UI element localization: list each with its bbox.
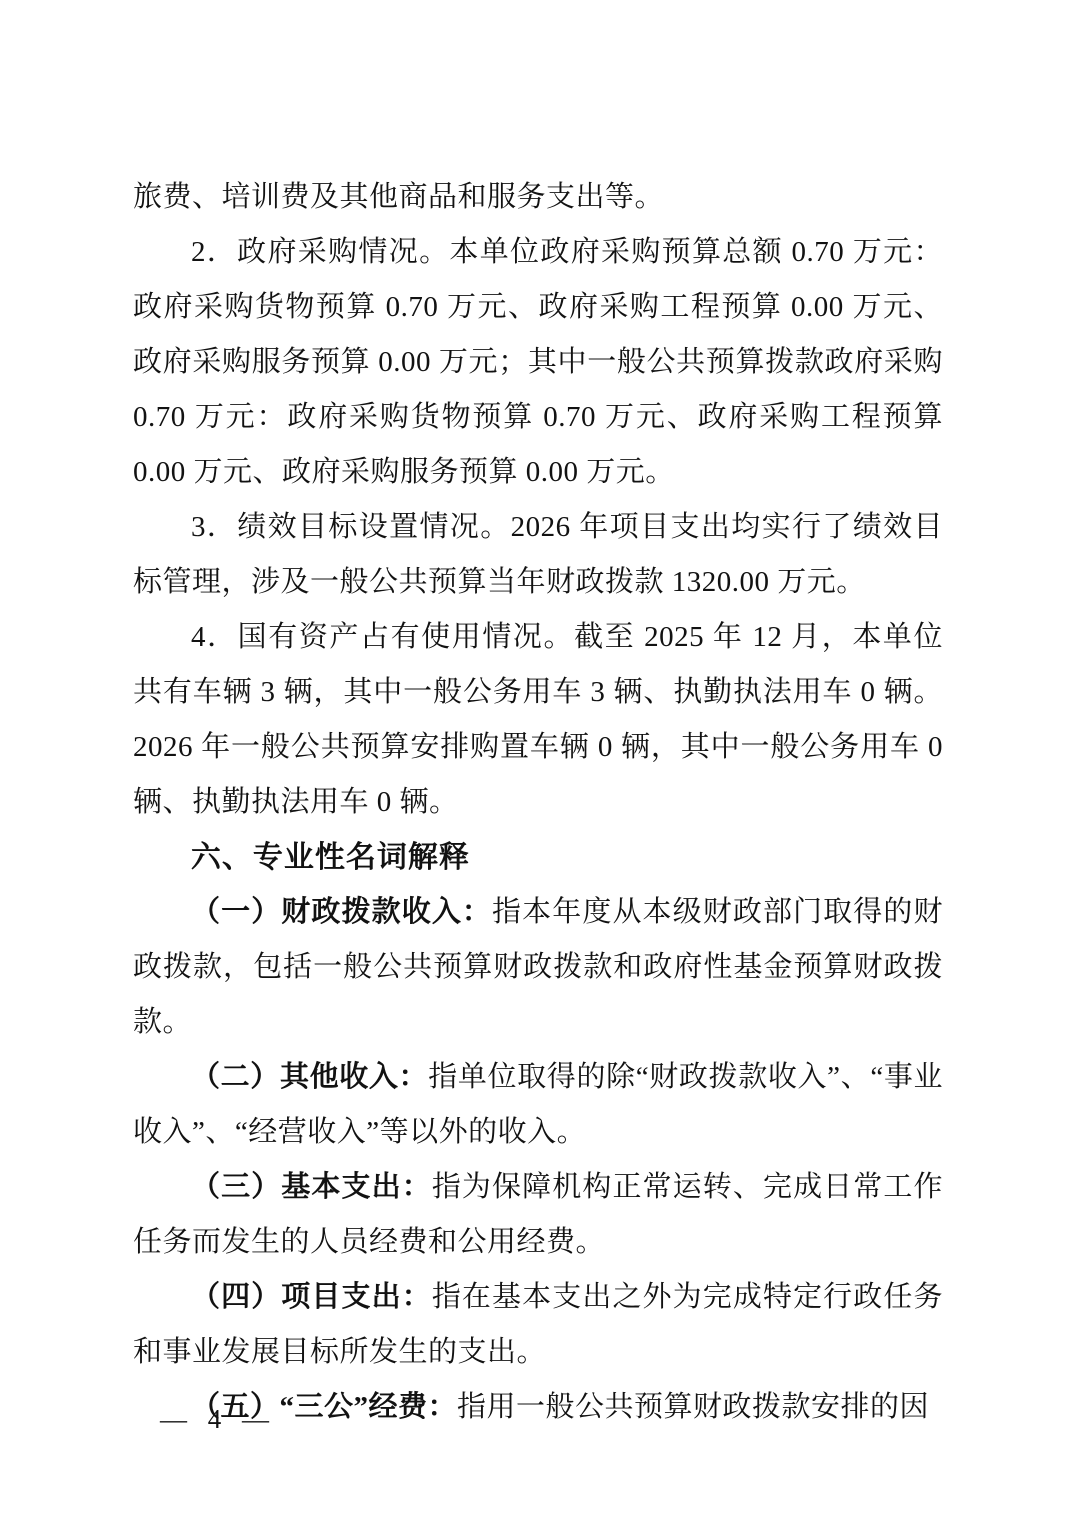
definition-term: （四）项目支出： — [191, 1281, 432, 1313]
paragraph-government-procurement: 2．政府采购情况。本单位政府采购预算总额 0.70 万元：政府采购货物预算 0.… — [133, 225, 943, 500]
definition-term: （二）其他收入： — [191, 1061, 428, 1093]
page-content: 旅费、培训费及其他商品和服务支出等。 2．政府采购情况。本单位政府采购预算总额 … — [133, 170, 943, 1435]
definition-other-income: （二）其他收入：指单位取得的除“财政拨款收入”、“事业收入”、“经营收入”等以外… — [133, 1050, 943, 1160]
document-page: 旅费、培训费及其他商品和服务支出等。 2．政府采购情况。本单位政府采购预算总额 … — [0, 0, 1074, 1520]
section-heading: 六、专业性名词解释 — [133, 830, 943, 885]
definition-term: （三）基本支出： — [191, 1171, 432, 1203]
paragraph-state-assets: 4．国有资产占有使用情况。截至 2025 年 12 月，本单位共有车辆 3 辆，… — [133, 610, 943, 830]
definition-fiscal-appropriation-income: （一）财政拨款收入：指本年度从本级财政部门取得的财政拨款，包括一般公共预算财政拨… — [133, 885, 943, 1050]
definition-basic-expenditure: （三）基本支出：指为保障机构正常运转、完成日常工作任务而发生的人员经费和公用经费… — [133, 1160, 943, 1270]
paragraph-continuation: 旅费、培训费及其他商品和服务支出等。 — [133, 170, 943, 225]
definition-project-expenditure: （四）项目支出：指在基本支出之外为完成特定行政任务和事业发展目标所发生的支出。 — [133, 1270, 943, 1380]
definition-text: 指用一般公共预算财政拨款安排的因 — [457, 1391, 929, 1423]
page-number: — 4 — — [160, 1404, 276, 1435]
definition-term: （一）财政拨款收入： — [191, 896, 492, 928]
paragraph-performance-targets: 3．绩效目标设置情况。2026 年项目支出均实行了绩效目标管理，涉及一般公共预算… — [133, 500, 943, 610]
